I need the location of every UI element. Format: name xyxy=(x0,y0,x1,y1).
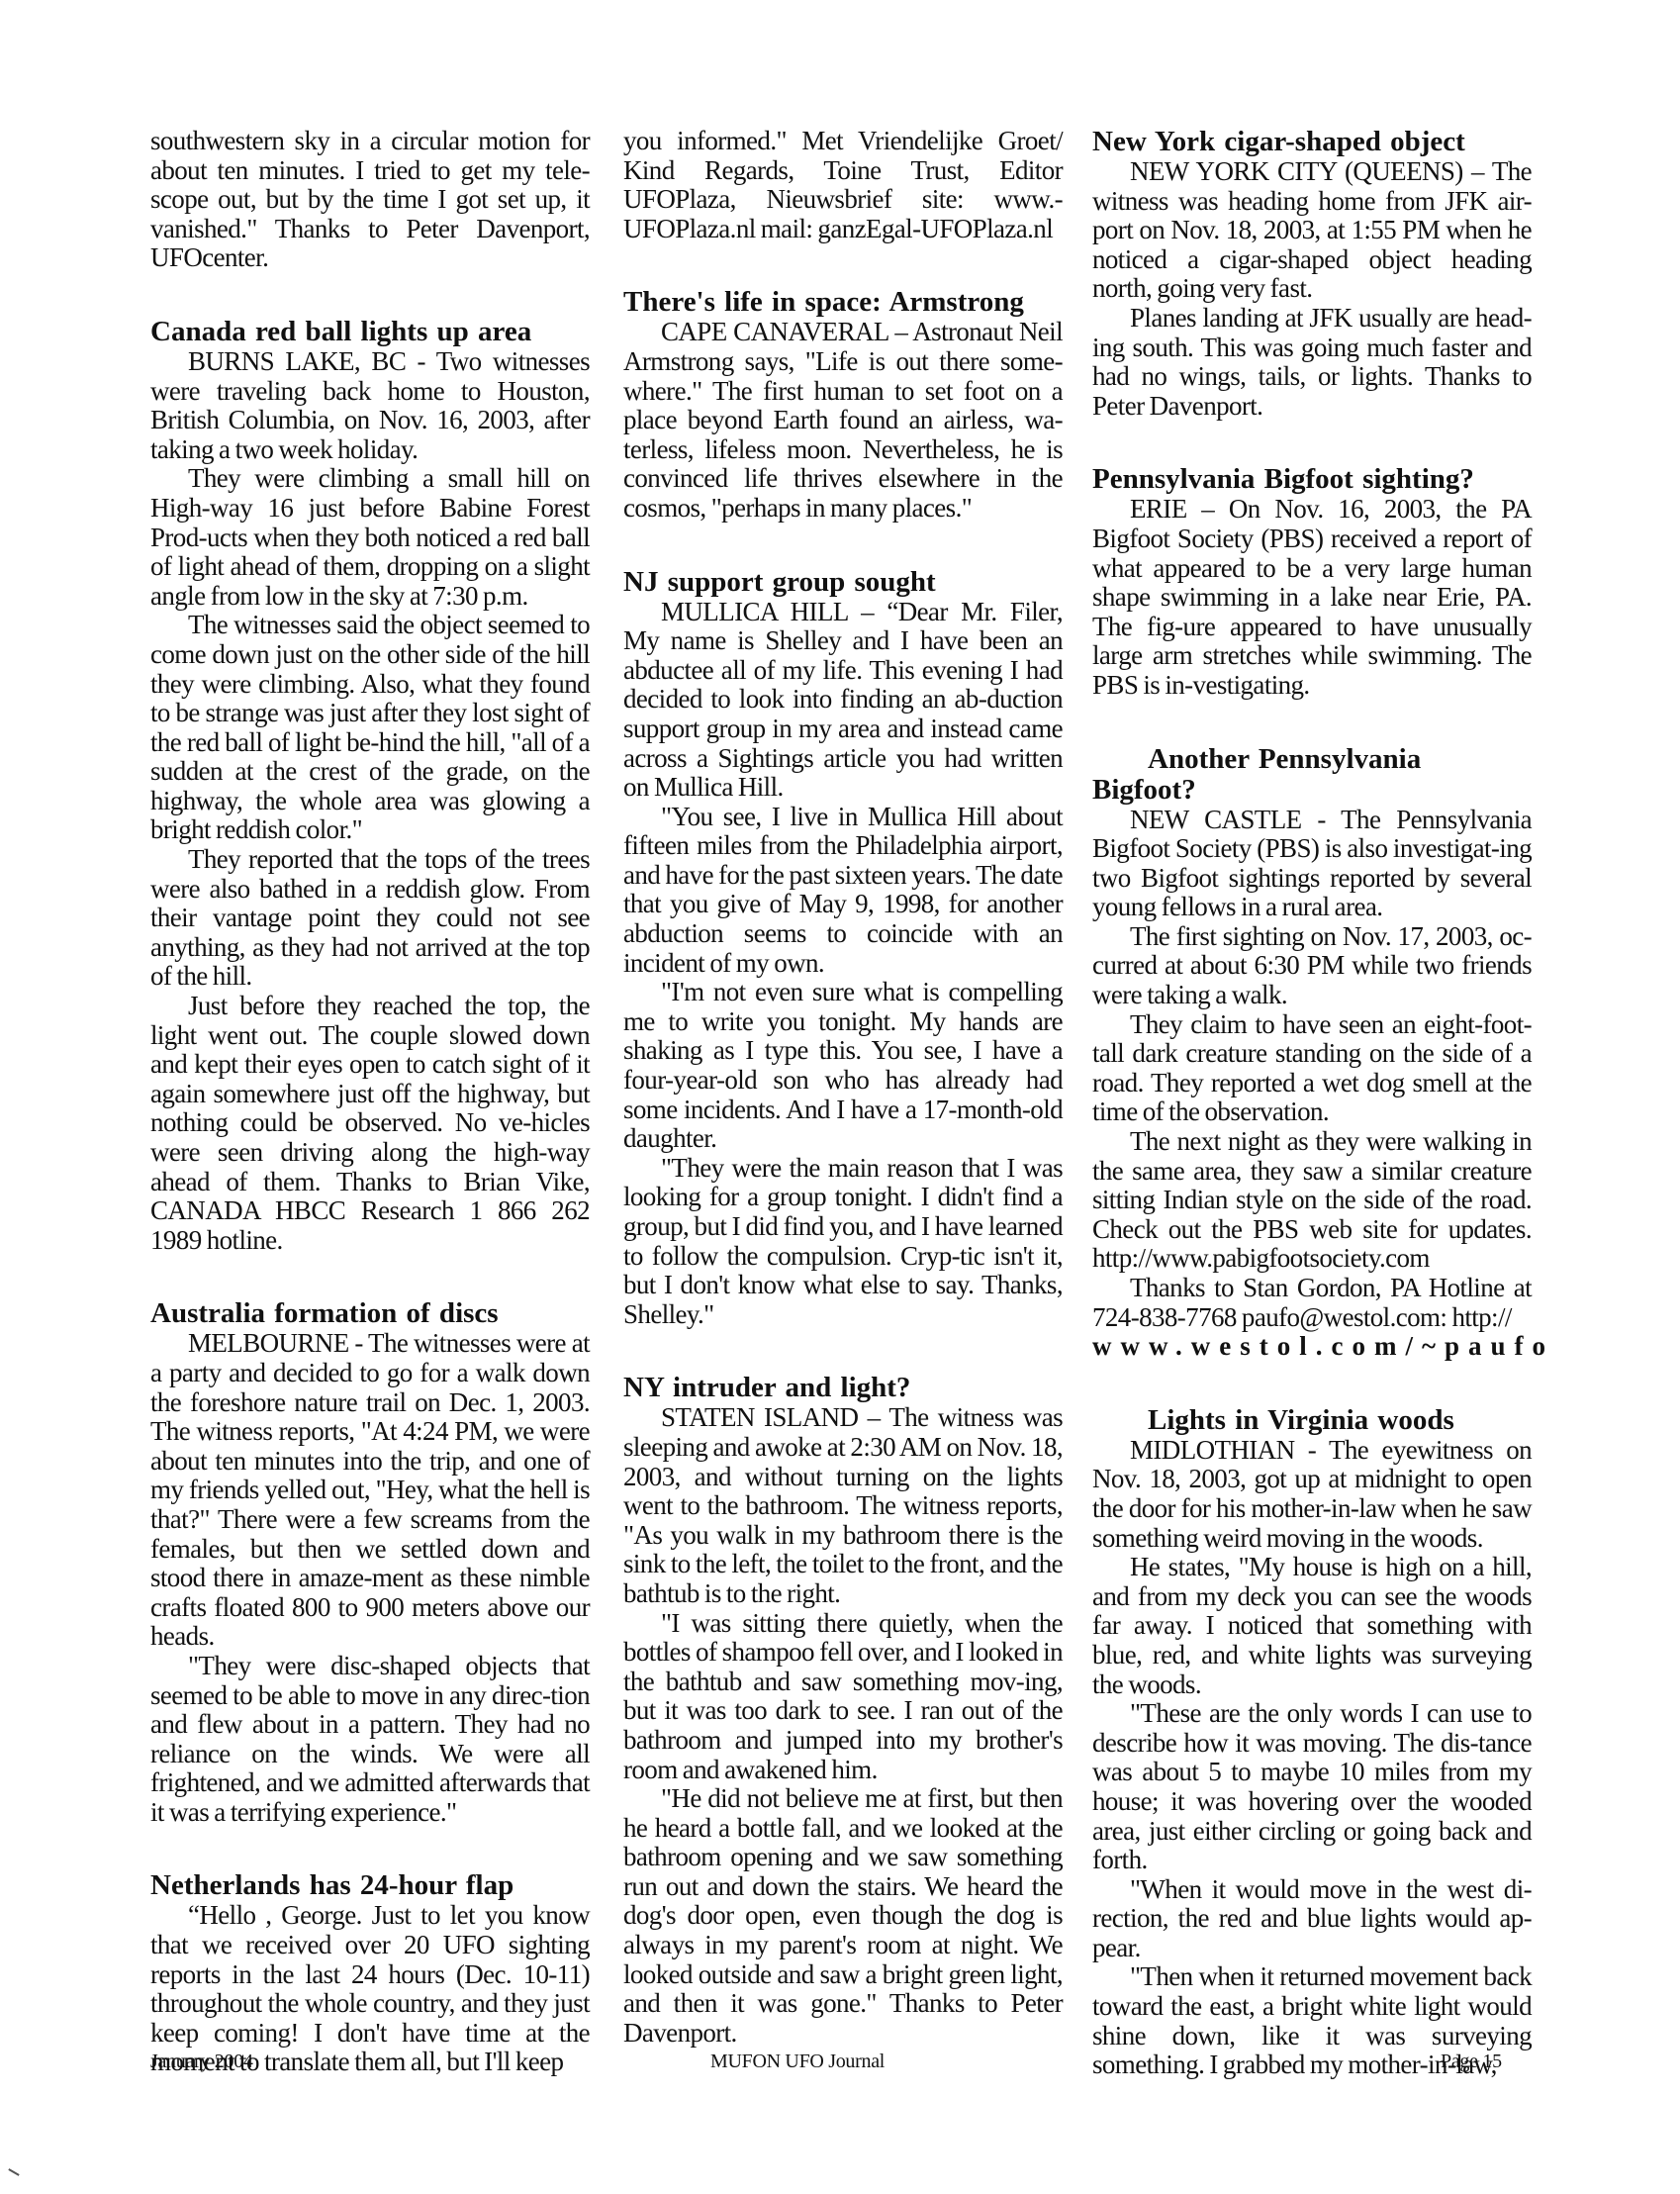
section-gap xyxy=(150,273,590,317)
section-gap xyxy=(150,1827,590,1870)
article-paragraph: CAPE CANAVERAL – Astronaut Neil Armstron… xyxy=(623,318,1063,523)
article-paragraph: "These are the only words I can use to d… xyxy=(1092,1699,1532,1875)
article-paragraph: They reported that the tops of the trees… xyxy=(150,845,590,992)
section-gap xyxy=(150,1255,590,1298)
article-headline: There's life in space: Armstrong xyxy=(623,287,1063,318)
article-paragraph: "You see, I live in Mullica Hill about f… xyxy=(623,803,1063,979)
section-gap xyxy=(1092,421,1532,464)
article-paragraph: Just before they reached the top, the li… xyxy=(150,992,590,1255)
article-paragraph: MIDLOTHIAN - The eyewitness on Nov. 18, … xyxy=(1092,1436,1532,1553)
article-headline: Australia formation of discs xyxy=(150,1298,590,1329)
article-paragraph: NEW CASTLE - The Pennsylvania Bigfoot So… xyxy=(1092,806,1532,922)
article-paragraph: "I was sitting there quietly, when the b… xyxy=(623,1609,1063,1785)
article-paragraph: "They were disc-shaped objects that seem… xyxy=(150,1652,590,1828)
column-middle: you informed." Met Vriendelijke Groet/ K… xyxy=(623,127,1063,2048)
article-paragraph: Thanks to Stan Gordon, PA Hotline at 724… xyxy=(1092,1274,1532,1332)
section-gap xyxy=(623,1329,1063,1373)
article-headline: Canada red ball lights up area xyxy=(150,317,590,347)
article-paragraph: MELBOURNE - The witnesses were at a part… xyxy=(150,1329,590,1652)
article-paragraph: The witnesses said the object seemed to … xyxy=(150,611,590,845)
article-paragraph: STATEN ISLAND – The witness was sleeping… xyxy=(623,1403,1063,1608)
section-gap xyxy=(1092,701,1532,744)
article-url: www.westol.com/~paufo xyxy=(1092,1332,1532,1362)
article-paragraph: "They were the main reason that I was lo… xyxy=(623,1154,1063,1330)
footer-page-number: Page 15 xyxy=(1441,2051,1502,2073)
article-headline: Netherlands has 24-hour flap xyxy=(150,1870,590,1901)
article-paragraph: They claim to have seen an eight-foot-ta… xyxy=(1092,1010,1532,1127)
article-paragraph: Planes landing at JFK usually are head-i… xyxy=(1092,304,1532,421)
article-paragraph: ERIE – On Nov. 16, 2003, the PA Bigfoot … xyxy=(1092,495,1532,700)
article-paragraph: They were climbing a small hill on High-… xyxy=(150,464,590,611)
column-right: New York cigar-shaped objectNEW YORK CIT… xyxy=(1092,127,1532,2080)
footer-date: January 2004 xyxy=(150,2051,253,2073)
section-gap xyxy=(623,524,1063,567)
article-paragraph: BURNS LAKE, BC - Two witnesses were trav… xyxy=(150,347,590,464)
column-left: southwestern sky in a circular motion fo… xyxy=(150,127,590,2077)
section-gap xyxy=(1092,1362,1532,1405)
article-paragraph: "I'm not even sure what is compelling me… xyxy=(623,978,1063,1154)
article-headline: Lights in Virginia woods xyxy=(1092,1405,1532,1436)
article-paragraph: "He did not believe me at first, but the… xyxy=(623,1784,1063,2048)
article-paragraph: "When it would move in the west di-recti… xyxy=(1092,1875,1532,1963)
article-paragraph: MULLICA HILL – “Dear Mr. Filer, My name … xyxy=(623,598,1063,803)
scan-mark xyxy=(8,2168,19,2176)
article-paragraph: southwestern sky in a circular motion fo… xyxy=(150,127,590,273)
article-paragraph: The next night as they were walking in t… xyxy=(1092,1127,1532,1274)
article-headline: Pennsylvania Bigfoot sighting? xyxy=(1092,464,1532,495)
article-paragraph: you informed." Met Vriendelijke Groet/ K… xyxy=(623,127,1063,243)
article-paragraph: The first sighting on Nov. 17, 2003, oc-… xyxy=(1092,922,1532,1010)
footer-publication: MUFON UFO Journal xyxy=(710,2051,885,2073)
article-headline: NY intruder and light? xyxy=(623,1373,1063,1403)
article-headline: NJ support group sought xyxy=(623,567,1063,598)
article-paragraph: NEW YORK CITY (QUEENS) – The witness was… xyxy=(1092,157,1532,304)
article-paragraph: He states, "My house is high on a hill, … xyxy=(1092,1553,1532,1699)
section-gap xyxy=(623,243,1063,287)
article-headline: Another Pennsylvania Bigfoot? xyxy=(1092,744,1532,806)
article-headline: New York cigar-shaped object xyxy=(1092,127,1532,157)
